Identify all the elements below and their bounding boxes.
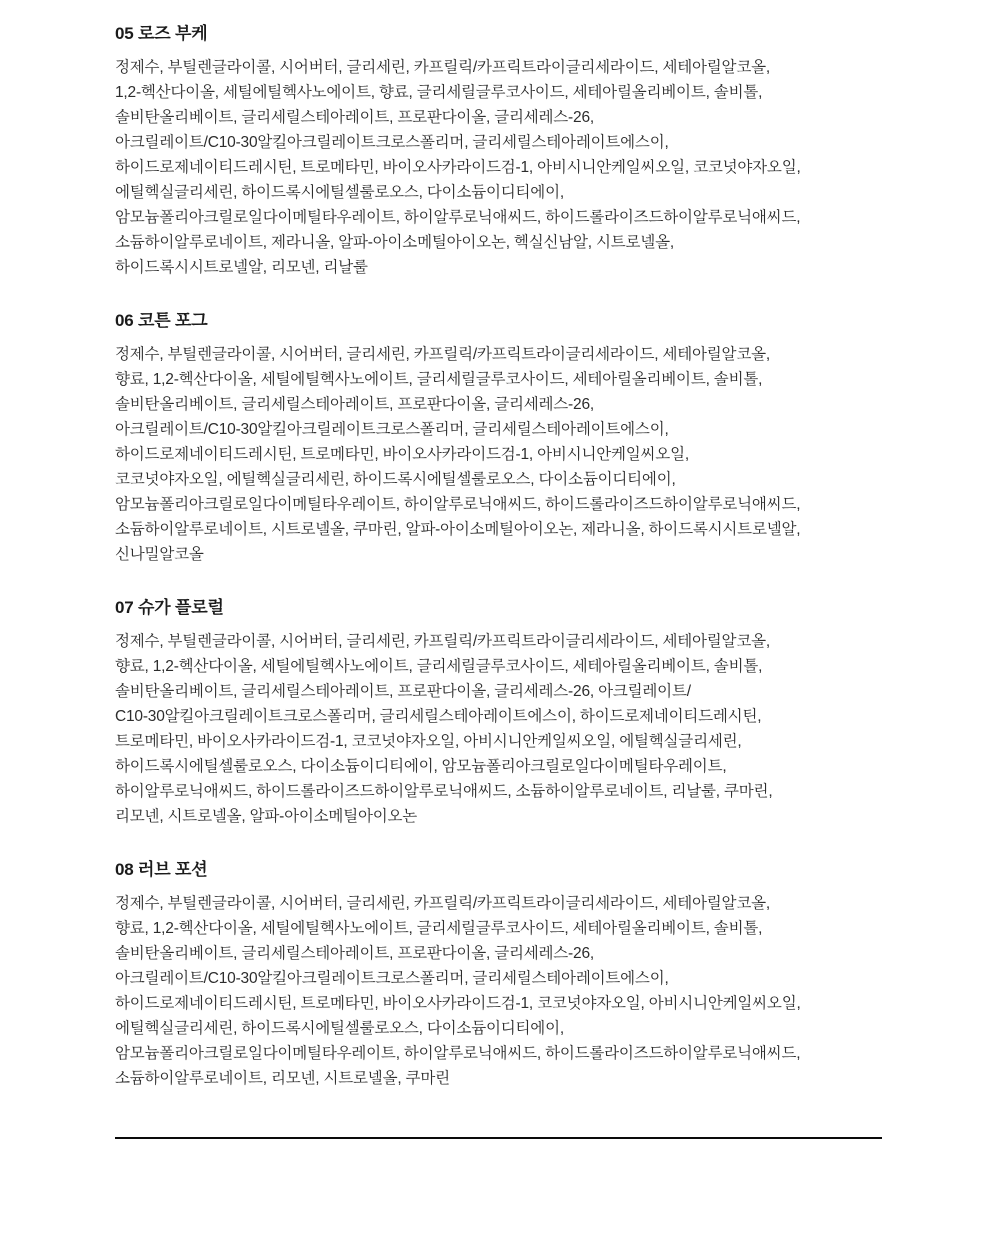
product-title: 08 러브 포션	[115, 857, 885, 882]
ingredients-list: 정제수, 부틸렌글라이콜, 시어버터, 글리세린, 카프릴릭/카프릭트라이글리세…	[115, 342, 885, 567]
document-page: 05 로즈 부케 정제수, 부틸렌글라이콜, 시어버터, 글리세린, 카프릴릭/…	[0, 0, 1000, 1249]
product-section-06: 06 코튼 포그 정제수, 부틸렌글라이콜, 시어버터, 글리세린, 카프릴릭/…	[115, 308, 885, 567]
product-section-08: 08 러브 포션 정제수, 부틸렌글라이콜, 시어버터, 글리세린, 카프릴릭/…	[115, 857, 885, 1091]
product-section-05: 05 로즈 부케 정제수, 부틸렌글라이콜, 시어버터, 글리세린, 카프릴릭/…	[115, 21, 885, 280]
ingredients-list: 정제수, 부틸렌글라이콜, 시어버터, 글리세린, 카프릴릭/카프릭트라이글리세…	[115, 891, 885, 1091]
bottom-divider	[115, 1137, 882, 1139]
ingredients-list: 정제수, 부틸렌글라이콜, 시어버터, 글리세린, 카프릴릭/카프릭트라이글리세…	[115, 55, 885, 280]
product-title: 05 로즈 부케	[115, 21, 885, 46]
product-title: 06 코튼 포그	[115, 308, 885, 333]
ingredients-list: 정제수, 부틸렌글라이콜, 시어버터, 글리세린, 카프릴릭/카프릭트라이글리세…	[115, 629, 885, 829]
product-section-07: 07 슈가 플로럴 정제수, 부틸렌글라이콜, 시어버터, 글리세린, 카프릴릭…	[115, 595, 885, 829]
product-title: 07 슈가 플로럴	[115, 595, 885, 620]
